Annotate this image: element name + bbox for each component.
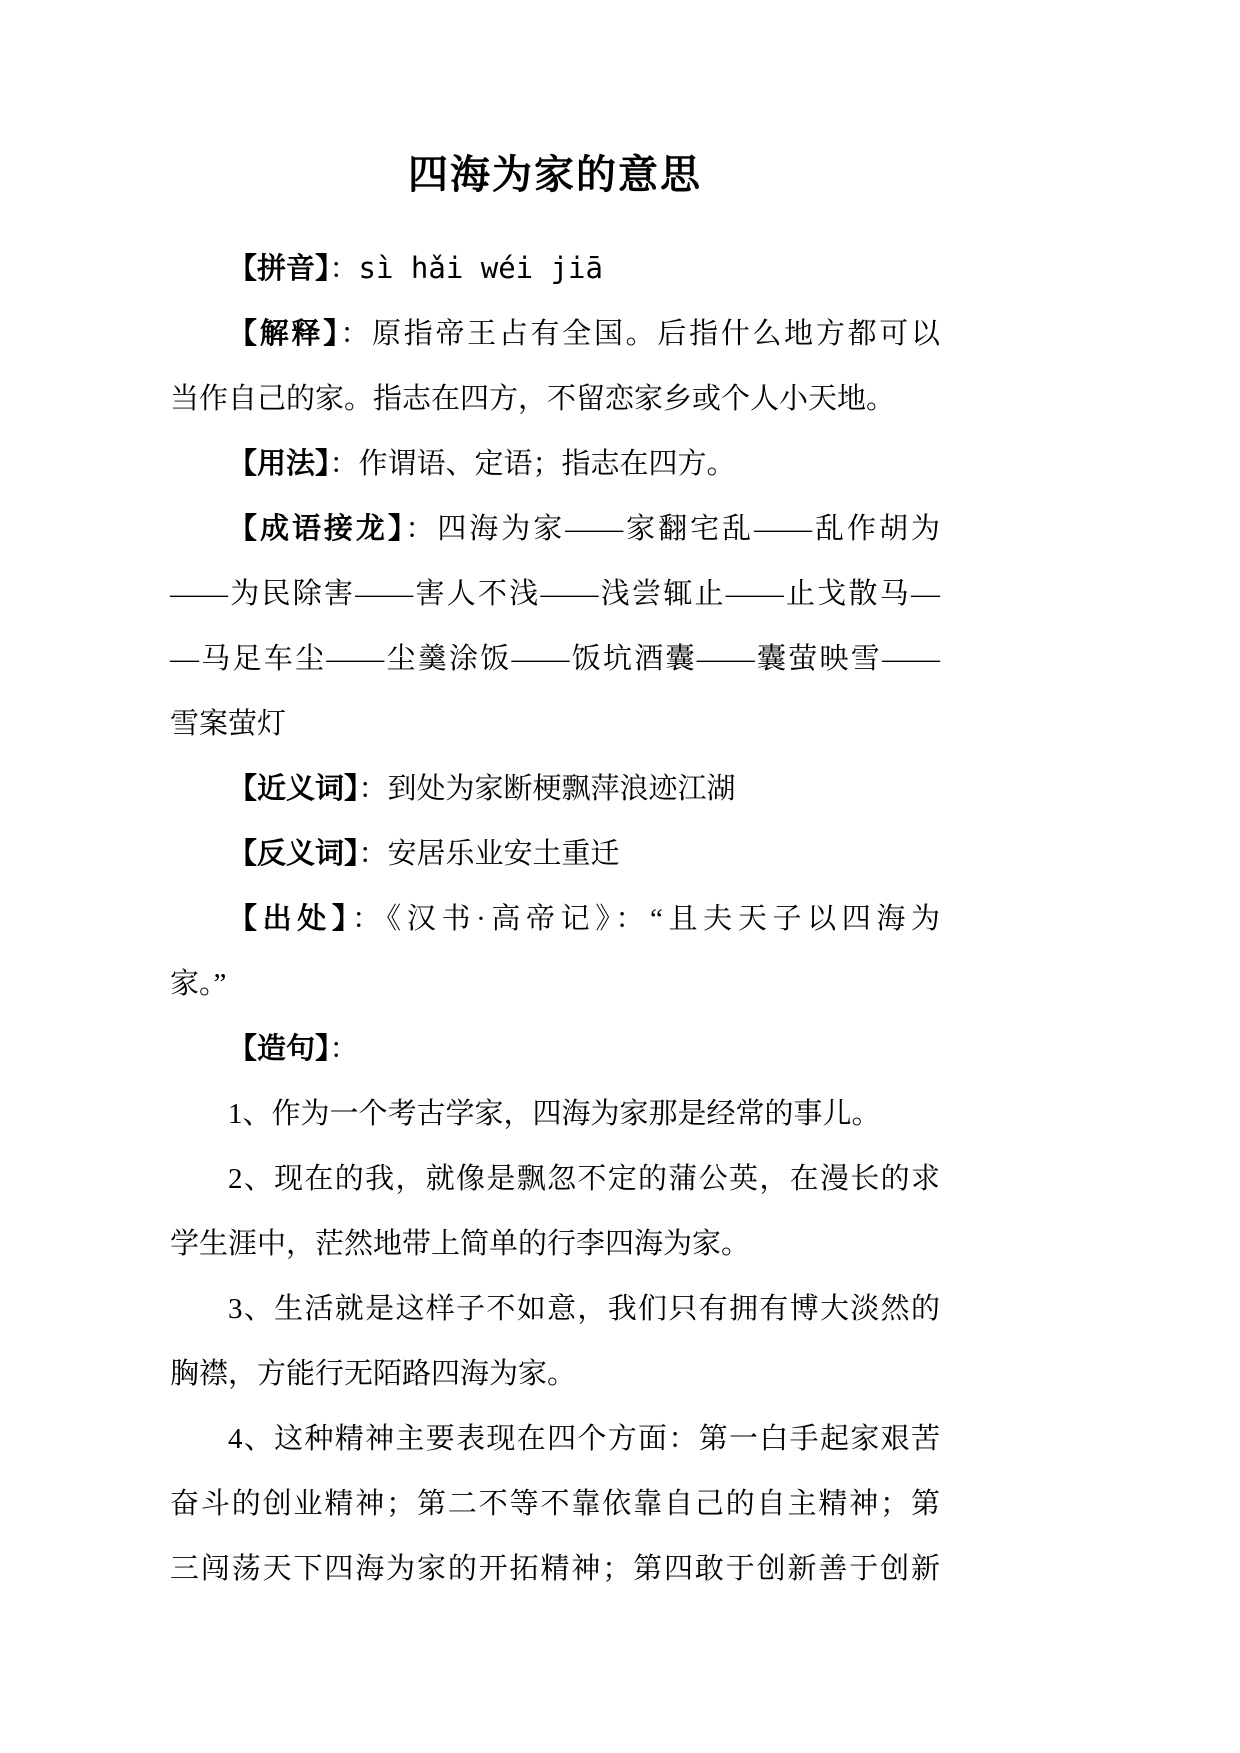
body-text: 家。” [170, 968, 226, 1000]
text-line: —马足车尘——尘羹涂饭——饭坑酒囊——囊萤映雪—— [170, 627, 940, 692]
body-text: 2、现在的我，就像是飘忽不定的蒲公英，在漫长的求 [228, 1163, 940, 1195]
body-text: —马足车尘——尘羹涂饭——饭坑酒囊——囊萤映雪—— [170, 643, 940, 675]
paragraph-synonyms: 【近义词】：到处为家断梗飘萍浪迹江湖 [170, 757, 940, 822]
body-text: ：原指帝王占有全国。后指什么地方都可以 [340, 318, 940, 350]
body-text: ：《汉书·高帝记》：“且夫天子以四海为 [352, 903, 940, 935]
body-text: ——为民除害——害人不浅——浅尝辄止——止戈散马— [170, 578, 940, 610]
body-text: ：作谓语、定语；指志在四方。 [330, 448, 736, 480]
section-label: 【拼音】 [228, 253, 330, 285]
section-label: 【造句】 [228, 1033, 330, 1065]
body-text: 学生涯中，茫然地带上简单的行李四海为家。 [170, 1228, 750, 1260]
text-line: 【成语接龙】：四海为家——家翻宅乱——乱作胡为 [170, 497, 940, 562]
document-content: 四海为家的意思 【拼音】：sì hǎi wéi jiā【解释】：原指帝王占有全国… [170, 140, 940, 1602]
body-text: 三闯荡天下四海为家的开拓精神；第四敢于创新善于创新 [170, 1553, 940, 1585]
body-text: 奋斗的创业精神；第二不等不靠依靠自己的自主精神；第 [170, 1488, 940, 1520]
paragraph-sentence-4: 4、这种精神主要表现在四个方面：第一白手起家艰苦奋斗的创业精神；第二不等不靠依靠… [170, 1407, 940, 1602]
body-text: 1、作为一个考古学家，四海为家那是经常的事儿。 [228, 1098, 881, 1130]
paragraph-sentence-2: 2、现在的我，就像是飘忽不定的蒲公英，在漫长的求学生涯中，茫然地带上简单的行李四… [170, 1147, 940, 1277]
text-line: 家。” [170, 952, 940, 1017]
document-body: 【拼音】：sì hǎi wéi jiā【解释】：原指帝王占有全国。后指什么地方都… [170, 236, 940, 1602]
text-line: 1、作为一个考古学家，四海为家那是经常的事儿。 [170, 1082, 940, 1147]
text-line: 学生涯中，茫然地带上简单的行李四海为家。 [170, 1212, 940, 1277]
text-line: 【造句】： [170, 1017, 940, 1082]
text-line: 2、现在的我，就像是飘忽不定的蒲公英，在漫长的求 [170, 1147, 940, 1212]
text-line: 【解释】：原指帝王占有全国。后指什么地方都可以 [170, 302, 940, 367]
section-label: 【近义词】 [228, 773, 359, 805]
text-line: 【出处】：《汉书·高帝记》：“且夫天子以四海为 [170, 887, 940, 952]
paragraph-explanation: 【解释】：原指帝王占有全国。后指什么地方都可以当作自己的家。指志在四方，不留恋家… [170, 302, 940, 432]
text-line: 【用法】：作谓语、定语；指志在四方。 [170, 432, 940, 497]
section-label: 【出处】 [228, 903, 352, 935]
paragraph-usage: 【用法】：作谓语、定语；指志在四方。 [170, 432, 940, 497]
paragraph-idiom-chain: 【成语接龙】：四海为家——家翻宅乱——乱作胡为——为民除害——害人不浅——浅尝辄… [170, 497, 940, 757]
body-text: ：安居乐业安土重迁 [359, 838, 620, 870]
document-page: 四海为家的意思 【拼音】：sì hǎi wéi jiā【解释】：原指帝王占有全国… [0, 0, 1240, 1753]
text-line: 胸襟，方能行无陌路四海为家。 [170, 1342, 940, 1407]
body-text: ： [330, 1033, 359, 1065]
text-line: ——为民除害——害人不浅——浅尝辄止——止戈散马— [170, 562, 940, 627]
body-text: 雪案萤灯 [170, 708, 286, 740]
text-line: 三闯荡天下四海为家的开拓精神；第四敢于创新善于创新 [170, 1537, 940, 1602]
body-text: 当作自己的家。指志在四方，不留恋家乡或个人小天地。 [170, 383, 895, 415]
body-text: 4、这种精神主要表现在四个方面：第一白手起家艰苦 [228, 1423, 940, 1455]
paragraph-pinyin: 【拼音】：sì hǎi wéi jiā [170, 236, 940, 302]
text-line: 奋斗的创业精神；第二不等不靠依靠自己的自主精神；第 [170, 1472, 940, 1537]
page-title: 四海为家的意思 [170, 140, 940, 210]
section-label: 【解释】 [228, 318, 340, 350]
paragraph-sentence-3: 3、生活就是这样子不如意，我们只有拥有博大淡然的胸襟，方能行无陌路四海为家。 [170, 1277, 940, 1407]
pinyin-text: sì hǎi wéi jiā [359, 251, 603, 285]
text-line: 4、这种精神主要表现在四个方面：第一白手起家艰苦 [170, 1407, 940, 1472]
section-label: 【成语接龙】 [228, 513, 405, 545]
section-label: 【反义词】 [228, 838, 359, 870]
body-text: 胸襟，方能行无陌路四海为家。 [170, 1358, 576, 1390]
text-line: 3、生活就是这样子不如意，我们只有拥有博大淡然的 [170, 1277, 940, 1342]
paragraph-sentence-1: 1、作为一个考古学家，四海为家那是经常的事儿。 [170, 1082, 940, 1147]
paragraph-antonyms: 【反义词】：安居乐业安土重迁 [170, 822, 940, 887]
body-text: 3、生活就是这样子不如意，我们只有拥有博大淡然的 [228, 1293, 940, 1325]
text-line: 【反义词】：安居乐业安土重迁 [170, 822, 940, 887]
text-line: 当作自己的家。指志在四方，不留恋家乡或个人小天地。 [170, 367, 940, 432]
text-line: 【近义词】：到处为家断梗飘萍浪迹江湖 [170, 757, 940, 822]
body-text: ：四海为家——家翻宅乱——乱作胡为 [405, 513, 940, 545]
body-text: ： [330, 253, 359, 285]
body-text: ：到处为家断梗飘萍浪迹江湖 [359, 773, 736, 805]
text-line: 【拼音】：sì hǎi wéi jiā [170, 236, 940, 302]
paragraph-sentence-label: 【造句】： [170, 1017, 940, 1082]
text-line: 雪案萤灯 [170, 692, 940, 757]
section-label: 【用法】 [228, 448, 330, 480]
paragraph-source: 【出处】：《汉书·高帝记》：“且夫天子以四海为家。” [170, 887, 940, 1017]
